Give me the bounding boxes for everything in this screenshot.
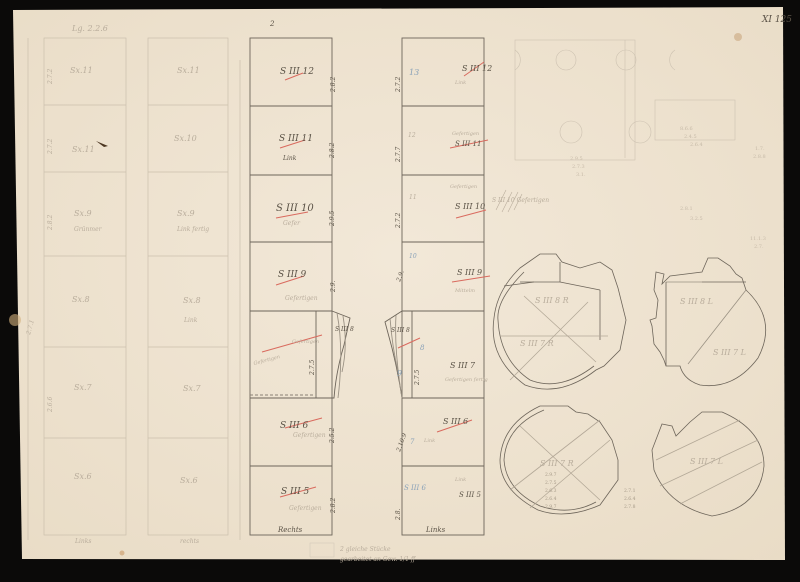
- svg-text:2.7.5: 2.7.5: [309, 360, 316, 376]
- cell-note: Gefertigen: [292, 339, 319, 345]
- svg-text:2.8.2: 2.8.2: [329, 143, 336, 159]
- svg-text:2.8.: 2.8.: [395, 508, 402, 521]
- svg-text:2.9.: 2.9.: [330, 280, 337, 293]
- svg-text:2.7.3: 2.7.3: [572, 164, 585, 170]
- svg-text:3.1.: 3.1.: [576, 172, 586, 178]
- cell-note: Link: [423, 438, 435, 444]
- svg-text:2.7.2: 2.7.2: [47, 139, 54, 155]
- svg-text:2.7.: 2.7.: [754, 244, 764, 250]
- cell-note: Gefertigen: [450, 184, 477, 190]
- svg-text:2.6.6: 2.6.6: [47, 397, 54, 413]
- cell-label: S III 10: [276, 203, 314, 214]
- cell-label: Sx.7: [74, 383, 93, 392]
- svg-text:2.7.8: 2.7.8: [624, 504, 636, 510]
- svg-text:2.6.4: 2.6.4: [624, 496, 636, 502]
- svg-text:2.7.5: 2.7.5: [545, 480, 557, 486]
- cell-note: Gefertigen: [293, 432, 326, 439]
- svg-text:2.7.5: 2.7.5: [414, 370, 421, 386]
- svg-text:2.8.8: 2.8.8: [753, 154, 766, 160]
- svg-text:2.6.4: 2.6.4: [690, 142, 703, 148]
- svg-text:3.2.5: 3.2.5: [690, 216, 703, 222]
- cell-number: 8: [420, 344, 425, 352]
- section-sublabel: S III 7 L: [713, 348, 746, 357]
- svg-text:2.7.7: 2.7.7: [395, 147, 402, 163]
- column-bottom-label: Rechts: [277, 526, 303, 534]
- cell-note: Link fertig: [176, 226, 209, 233]
- svg-text:gearbeitet an Gew. 1/1 ff: gearbeitet an Gew. 1/1 ff: [340, 556, 417, 563]
- svg-text:1.7.: 1.7.: [755, 146, 765, 152]
- svg-text:2.6.4: 2.6.4: [545, 496, 557, 502]
- section-label: S III 8 L: [680, 297, 713, 306]
- cell-note: Link: [183, 317, 198, 324]
- svg-text:2.8.2: 2.8.2: [330, 498, 337, 514]
- cell-note: Grünmer: [74, 226, 103, 233]
- column-bottom-label: rechts: [180, 538, 199, 545]
- svg-text:2.7.1: 2.7.1: [624, 488, 636, 494]
- cell-number: 12: [408, 132, 416, 139]
- section-label: S III 8 R: [535, 296, 569, 305]
- stain: [120, 551, 125, 556]
- cell-note: Link: [282, 155, 297, 162]
- drawing-sheet: Lg. 2.2.6 2 XI 125 Sx.11 Sx.11 Sx.9 Grün…: [0, 0, 800, 582]
- cell-label: S III 5: [459, 491, 482, 499]
- cell-label: Sx.9: [177, 209, 195, 218]
- cell-label: S III 6: [443, 417, 468, 426]
- stain: [734, 33, 742, 41]
- cell-note: Mittelm: [454, 288, 475, 294]
- cell-blue-label: S III 6: [404, 484, 427, 492]
- cell-note: Link: [454, 80, 466, 86]
- column-bottom-label: Links: [425, 526, 446, 534]
- cell-label: Sx.8: [183, 296, 201, 305]
- svg-text:2.7.2: 2.7.2: [395, 77, 402, 93]
- svg-text:2.7.2: 2.7.2: [395, 213, 402, 229]
- svg-text:2.4.5: 2.4.5: [684, 134, 697, 140]
- cell-label: Sx.6: [74, 472, 92, 481]
- svg-text:2.5.2: 2.5.2: [329, 428, 336, 444]
- cell-label: Sx.11: [177, 66, 200, 75]
- svg-text:2.8.2: 2.8.2: [47, 215, 54, 231]
- cell-label: S III 9: [457, 268, 482, 277]
- cell-label: Sx.8: [72, 295, 90, 304]
- cell-note: Gefertigen fertig: [445, 377, 488, 383]
- cell-label: S III 11: [455, 140, 481, 148]
- cell-note: Gefertigen: [289, 505, 322, 512]
- svg-text:2.9.5: 2.9.5: [329, 211, 336, 227]
- cell-note: Gefer: [283, 220, 301, 227]
- svg-text:2.9.7: 2.9.7: [545, 504, 557, 510]
- cell-label: Sx.10: [174, 134, 197, 143]
- cell-number: 7: [410, 438, 415, 446]
- cell-note: Link: [454, 477, 466, 483]
- svg-text:2.9.5: 2.9.5: [570, 156, 583, 162]
- svg-text:8.6.6: 8.6.6: [680, 126, 693, 132]
- cell-note: Gefertigen: [452, 131, 479, 137]
- svg-text:2.8.1: 2.8.1: [680, 206, 693, 212]
- cell-label: Sx.6: [180, 476, 198, 485]
- cell-label: S III 9: [278, 270, 307, 280]
- cell-number: 13: [409, 68, 419, 77]
- section-label: S III 7 L: [690, 457, 723, 466]
- svg-text:2.7.2: 2.7.2: [47, 69, 54, 85]
- cell-label: S III 5: [281, 487, 310, 497]
- cell-number: 11: [409, 194, 417, 201]
- cell-label: Sx.11: [70, 66, 93, 75]
- top-center-mark: 2: [269, 20, 275, 28]
- cell-label: Sx.11: [72, 145, 95, 154]
- cell-label: Sx.9: [74, 209, 92, 218]
- cell-label: S III 6: [280, 421, 309, 431]
- top-left-note: Lg. 2.2.6: [71, 24, 108, 33]
- stain: [9, 314, 21, 326]
- section-sublabel: S III 7 R: [520, 339, 554, 348]
- svg-text:2.8.2: 2.8.2: [330, 77, 337, 93]
- cell-label: S III 10: [455, 202, 485, 211]
- cell-label: S III 12: [280, 67, 314, 77]
- cell-note: Gefertigen: [285, 295, 318, 302]
- column-bottom-label: Links: [74, 538, 91, 545]
- svg-text:2.9.7: 2.9.7: [545, 472, 557, 478]
- wedge-label: S III 8: [391, 327, 410, 334]
- svg-text:2.6.3: 2.6.3: [545, 488, 557, 494]
- svg-text:11.1.3: 11.1.3: [750, 236, 766, 242]
- cell-label: S III 11: [279, 134, 313, 144]
- cell-label: S III 12: [462, 64, 492, 73]
- catalog-mark: XI 125: [761, 15, 792, 25]
- section-label: S III 7 R: [540, 459, 574, 468]
- cell-number: 10: [409, 253, 417, 260]
- svg-text:2 gleiche Stücke: 2 gleiche Stücke: [339, 546, 391, 553]
- cell-label: S III 7: [450, 361, 476, 370]
- wedge-blue-number: 9: [397, 369, 402, 378]
- wedge-label: S III 8: [335, 326, 354, 333]
- cell-label: Sx.7: [183, 384, 202, 393]
